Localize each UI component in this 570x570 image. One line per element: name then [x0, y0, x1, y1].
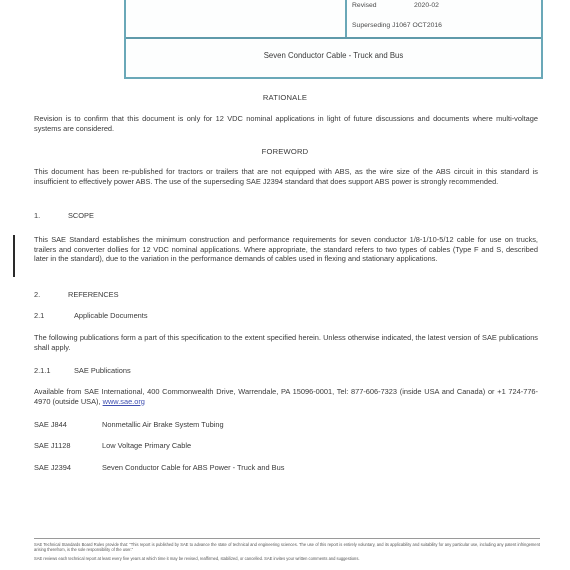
applicable-documents-title: Applicable Documents [74, 311, 148, 320]
revised-value: 2020-02 [414, 2, 439, 9]
revised-label: Revised [352, 1, 414, 11]
footer-divider [34, 538, 540, 539]
reference-title: Nonmetallic Air Brake System Tubing [102, 420, 224, 429]
revised-row: Revised2020-02 [352, 1, 439, 11]
rationale-text: Revision is to confirm that this documen… [34, 114, 538, 133]
reference-code: SAE J844 [34, 420, 102, 430]
sae-availability-text: Available from SAE International, 400 Co… [34, 387, 538, 406]
references-section-heading: 2.REFERENCES [34, 290, 119, 300]
superseding-value: J1067 OCT2016 [392, 22, 442, 29]
footer-review-notice: SAE reviews each technical report at lea… [34, 556, 540, 561]
document-header-box: Revised2020-02 Superseding J1067 OCT2016… [124, 0, 543, 79]
reference-code: SAE J1128 [34, 441, 102, 451]
sae-website-link[interactable]: www.sae.org [103, 397, 145, 406]
applicable-documents-number: 2.1 [34, 311, 74, 321]
scope-number: 1. [34, 211, 68, 221]
reference-code: SAE J2394 [34, 463, 102, 473]
superseding-label: Superseding [352, 22, 390, 29]
foreword-heading: FOREWORD [0, 147, 570, 157]
header-vertical-divider [345, 0, 347, 37]
scope-text: This SAE Standard establishes the minimu… [34, 235, 538, 264]
revision-change-bar [13, 235, 15, 277]
superseding-row: Superseding J1067 OCT2016 [352, 21, 442, 31]
applicable-documents-text: The following publications form a part o… [34, 333, 538, 352]
references-title: REFERENCES [68, 290, 119, 299]
reference-item: SAE J2394Seven Conductor Cable for ABS P… [34, 463, 284, 473]
reference-item: SAE J844Nonmetallic Air Brake System Tub… [34, 420, 224, 430]
sae-publications-title: SAE Publications [74, 366, 131, 375]
sae-publications-number: 2.1.1 [34, 366, 74, 376]
scope-title: SCOPE [68, 211, 94, 220]
applicable-documents-heading: 2.1Applicable Documents [34, 311, 148, 321]
header-horizontal-divider [126, 37, 541, 39]
rationale-heading: RATIONALE [0, 93, 570, 103]
document-title: Seven Conductor Cable - Truck and Bus [126, 51, 541, 61]
references-number: 2. [34, 290, 68, 300]
sae-publications-heading: 2.1.1SAE Publications [34, 366, 131, 376]
foreword-text: This document has been re-published for … [34, 167, 538, 186]
reference-title: Low Voltage Primary Cable [102, 441, 191, 450]
footer-disclaimer: SAE Technical Standards Board Rules prov… [34, 542, 540, 552]
scope-section-heading: 1.SCOPE [34, 211, 94, 221]
reference-item: SAE J1128Low Voltage Primary Cable [34, 441, 191, 451]
reference-title: Seven Conductor Cable for ABS Power - Tr… [102, 463, 284, 472]
